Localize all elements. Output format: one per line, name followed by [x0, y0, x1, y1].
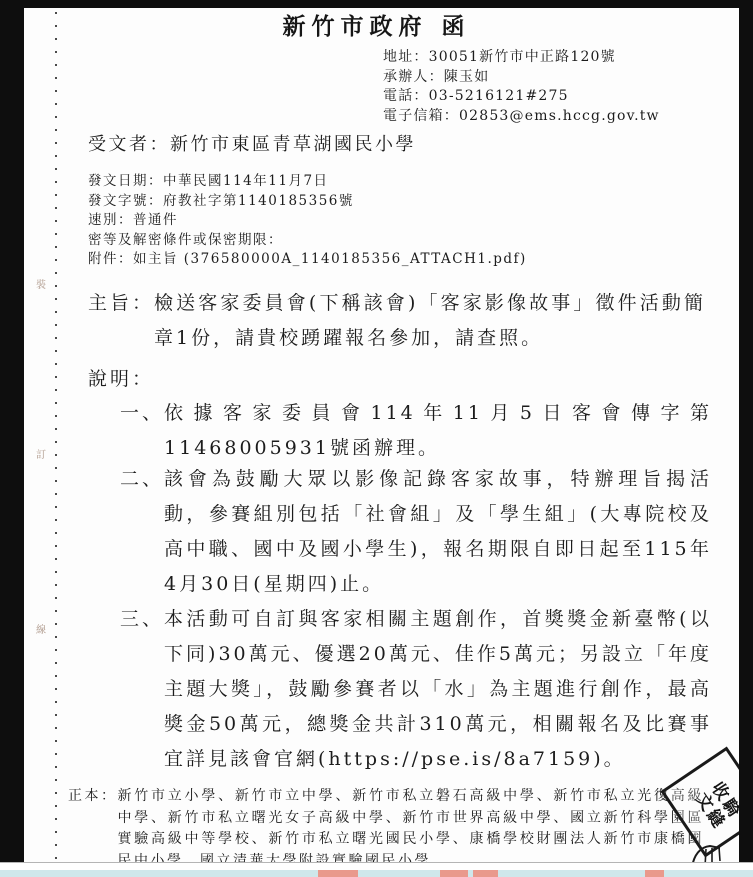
binding-mark-xian: 線: [36, 625, 50, 639]
sender-email: 電子信箱：02853@ems.hccg.gov.tw: [383, 107, 660, 127]
item-number: 一、: [120, 396, 164, 431]
meta-issue-date: 發文日期：中華民國114年11月7日: [88, 172, 527, 192]
meta-speed-class: 速別：普通件: [88, 211, 527, 231]
explanation-item-3: 三、 本活動可自訂與客家相關主題創作，首獎獎金新臺幣(以下同)30萬元、優選20…: [120, 602, 712, 777]
bottom-strip-segment: [645, 870, 664, 877]
binding-dotted-line: [55, 12, 57, 860]
doc-meta-block: 發文日期：中華民國114年11月7日 發文字號：府教社字第1140185356號…: [88, 172, 527, 270]
meta-security-class: 密等及解密條件或保密期限：: [88, 231, 527, 251]
item-text: 本活動可自訂與客家相關主題創作，首獎獎金新臺幣(以下同)30萬元、優選20萬元、…: [164, 602, 712, 777]
scan-border-right: [739, 0, 753, 868]
item-text: 依據客家委員會114年11月5日客會傳字第11468005931號函辦理。: [164, 396, 712, 466]
subject-text: 檢送客家委員會(下稱該會)「客家影像故事」徵件活動簡章1份，請貴校踴躍報名參加，…: [154, 286, 706, 356]
explanation-item-1: 一、 依據客家委員會114年11月5日客會傳字第11468005931號函辦理。: [120, 396, 712, 466]
binding-mark-zhuang: 裝: [36, 280, 50, 294]
meta-doc-number: 發文字號：府教社字第1140185356號: [88, 192, 527, 212]
bottom-strip: [0, 870, 753, 877]
copy-to-paragraph: 正本： 新竹市立小學、新竹市立中學、新竹市私立磐石高級中學、新竹市私立光復高級中…: [68, 786, 704, 872]
scan-border-left: [0, 0, 24, 868]
copy-to-label: 正本：: [68, 786, 118, 808]
sender-address: 地址：30051新竹市中正路120號: [383, 48, 660, 68]
explanation-label: 說明：: [88, 362, 154, 397]
page-title: 新竹市政府 函: [0, 8, 753, 41]
sender-info-block: 地址：30051新竹市中正路120號 承辦人：陳玉如 電話：03-5216121…: [383, 48, 660, 126]
item-text: 該會為鼓勵大眾以影像記錄客家故事，特辦理旨揭活動，參賽組別包括「社會組」及「學生…: [164, 462, 712, 602]
sender-phone: 電話：03-5216121#275: [383, 87, 660, 107]
bottom-strip-segment: [473, 870, 498, 877]
binding-mark-ding: 訂: [36, 450, 50, 464]
sender-contact-person: 承辦人：陳玉如: [383, 68, 660, 88]
subject-paragraph: 主旨： 檢送客家委員會(下稱該會)「客家影像故事」徵件活動簡章1份，請貴校踴躍報…: [88, 286, 706, 356]
subject-label: 主旨：: [88, 286, 154, 321]
item-number: 三、: [120, 602, 164, 637]
explanation-item-2: 二、 該會為鼓勵大眾以影像記錄客家故事，特辦理旨揭活動，參賽組別包括「社會組」及…: [120, 462, 712, 602]
scan-border-top: [0, 0, 753, 8]
bottom-strip-segment: [440, 870, 468, 877]
item-number: 二、: [120, 462, 164, 497]
meta-attachment: 附件：如主旨 (376580000A_1140185356_ATTACH1.pd…: [88, 250, 527, 270]
bottom-strip-segment: [318, 870, 358, 877]
recipient-line: 受文者：新竹市東區青草湖國民小學: [88, 130, 416, 156]
copy-to-text: 新竹市立小學、新竹市立中學、新竹市私立磐石高級中學、新竹市私立光復高級中學、新竹…: [118, 786, 705, 872]
